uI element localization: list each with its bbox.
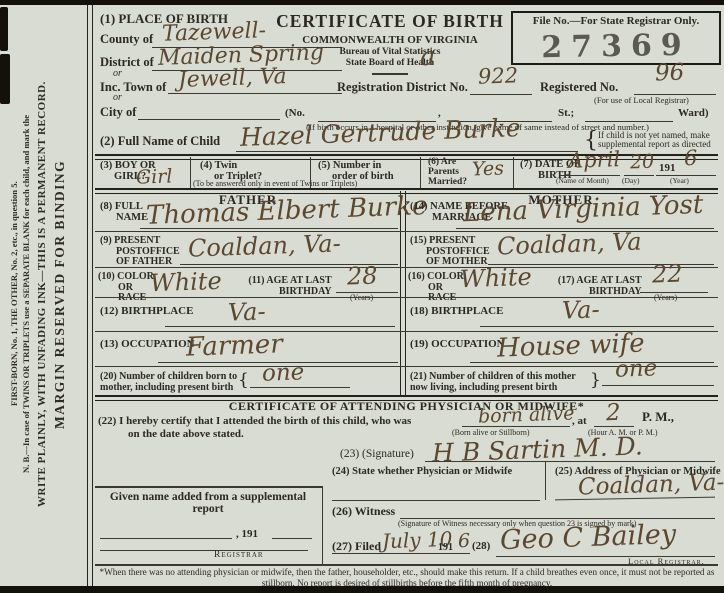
rule (332, 500, 540, 501)
registrar-label: Registrar (214, 551, 264, 561)
mother-age-value: 22 (652, 261, 683, 286)
rule (425, 461, 715, 462)
father-postoffice-value: Coaldan, Va- (188, 231, 341, 260)
certificate-title: CERTIFICATE OF BIRTH (245, 12, 535, 30)
local-registrar-signature: Geo C Bailey (500, 521, 677, 554)
pm-label: P. M., (642, 410, 674, 424)
year-note: (Year) (670, 177, 689, 185)
month-note: (Name of Month) (556, 177, 609, 185)
rule (462, 426, 570, 427)
father-birthplace-label: (12) BIRTHPLACE (100, 306, 193, 318)
mother-postoffice-value: Coaldan, Va (497, 229, 642, 258)
children-living-label: (21) Number of children of this mother n… (410, 372, 576, 393)
child-name-handwritten-value: Hazel Gertrude Burke (240, 115, 521, 150)
mother-maiden-name-value: Lena Virginia Yost (463, 192, 704, 226)
cell-divider (513, 157, 514, 188)
children-living-brace: } (590, 372, 601, 390)
margin-divider-rule (87, 5, 93, 586)
binding-mark (0, 7, 8, 51)
file-number-stamp: 27369 (513, 27, 720, 66)
mother-postoffice-label: (15) PRESENT POSTOFFICE OF MOTHER (410, 236, 490, 268)
commonwealth-subtitle: COMMONWEALTH OF VIRGINIA (245, 35, 535, 47)
stray-handwritten-mark: a (420, 44, 436, 71)
father-age-value: 28 (347, 263, 378, 288)
registration-district-value: 922 (478, 65, 519, 87)
mother-age-years-note: (Years) (654, 294, 677, 302)
margin-note-twins-1: N. B.—In case of TWINS OR TRIPLETS use a… (21, 4, 34, 584)
rule (168, 93, 342, 94)
q28-label: (28) (472, 541, 490, 553)
rule (140, 228, 398, 229)
registration-district-label: Registration District No. (337, 81, 468, 94)
father-full-name-value: Thomas Elbert Burke (146, 193, 428, 229)
rule (470, 94, 532, 95)
street-st-label: St.; (558, 108, 574, 120)
rule (372, 73, 408, 75)
footnote: *When there was no attending physician o… (95, 567, 719, 588)
footnote-rule (95, 564, 718, 566)
registered-no-value: 96 (655, 61, 685, 85)
rule (602, 385, 714, 386)
children-born-brace: { (238, 372, 249, 390)
margin-note-twins-2: FIRST-BORN, No. 1, THE OTHER, No. 2, etc… (9, 4, 21, 584)
street-ward-label: Ward) (678, 108, 709, 120)
father-occupation-value: Farmer (186, 331, 284, 360)
street-no-label: (No. (285, 108, 305, 120)
cell-divider (545, 462, 546, 500)
cell-divider (190, 157, 191, 188)
birth-order-label: (5) Number in order of birth (318, 160, 394, 182)
cell-divider (310, 157, 311, 188)
inc-town-handwritten-value: Jewell, Va (178, 66, 287, 92)
mother-birthplace-value: Va- (562, 297, 600, 322)
or-label: or (113, 93, 122, 104)
certify-statement-line2: on the date above stated. (128, 429, 244, 441)
file-number-label: File No.—For State Registrar Only. (513, 16, 719, 28)
mother-occupation-label: (19) OCCUPATION (410, 339, 505, 351)
birth-day-value: 20 (630, 153, 655, 173)
parents-married-label: (6) Are Parents Married? (428, 158, 467, 188)
boy-or-girl-value: Girl (136, 167, 173, 187)
margin-note-permanent-record: WRITE PLAINLY, WITH UNFADING INK—THIS IS… (36, 4, 53, 584)
county-label: County of (100, 33, 153, 46)
cell-divider (420, 157, 421, 188)
rule (594, 426, 634, 427)
year-printed-prefix: 191 (659, 163, 676, 175)
rule (100, 538, 232, 539)
rule (480, 326, 714, 327)
father-birthplace-value: Va- (228, 299, 266, 324)
mother-race-value: White (460, 265, 532, 291)
section-rule (95, 154, 718, 160)
child-name-label: (2) Full Name of Child (100, 135, 220, 148)
rule (236, 151, 578, 152)
father-occupation-label: (13) OCCUPATION (100, 339, 195, 351)
filed-year-printed: 191 (438, 543, 453, 554)
rule (138, 119, 280, 120)
or-label: or (113, 69, 122, 80)
rule (470, 362, 714, 363)
children-living-value: one (615, 357, 658, 381)
rule (165, 326, 395, 327)
file-number-box: File No.—For State Registrar Only. 27369 (511, 11, 721, 65)
witness-label: (26) Witness (332, 505, 395, 518)
city-label: City of (100, 106, 136, 119)
father-race-value: White (150, 269, 222, 295)
father-race-label: (10) COLOR OR RACE (98, 272, 154, 304)
inc-town-label: Inc. Town of (100, 81, 166, 94)
signature-label: (23) (Signature) (340, 448, 414, 460)
birth-year-digit: 6 (684, 148, 698, 169)
father-age-label: (11) AGE AT LAST BIRTHDAY (243, 276, 332, 297)
rule (250, 387, 350, 388)
registered-no-label: Registered No. (540, 81, 618, 94)
certify-statement: (22) I hereby certify that I attended th… (98, 416, 411, 428)
physician-or-midwife-label: (24) State whether Physician or Midwife (332, 466, 512, 477)
mother-age-label: (17) AGE AT LAST BIRTHDAY (553, 276, 642, 297)
at-label: , at (572, 416, 587, 428)
birth-certificate-document: MARGIN RESERVED FOR BINDING WRITE PLAINL… (0, 0, 724, 593)
mother-birthplace-label: (18) BIRTHPLACE (410, 306, 503, 318)
supplemental-year-printed: , 191 (236, 529, 258, 541)
hour-value: 2 (606, 402, 621, 425)
page-edge-top (0, 0, 724, 5)
margin-note-binding: MARGIN RESERVED FOR BINDING (52, 4, 74, 584)
mother-race-label: (16) COLOR OR RACE (408, 272, 464, 304)
father-age-years-note: (Years) (350, 294, 373, 302)
day-note: (Day) (622, 177, 640, 185)
district-label: District of (100, 56, 154, 69)
filed-label: (27) Filed (332, 540, 381, 553)
bureau-subtitle: Bureau of Vital Statistics (245, 48, 535, 58)
physician-section-header: CERTIFICATE OF ATTENDING PHYSICIAN OR MI… (95, 400, 718, 413)
father-postoffice-label: (9) PRESENT POSTOFFICE OF FATHER (100, 236, 180, 268)
rule (272, 538, 312, 539)
father-full-name-label: (8) FULL NAME (100, 201, 148, 223)
row-divider (95, 297, 718, 298)
supplemental-label: Given name added from a supplemental rep… (100, 491, 316, 515)
children-born-label: (20) Number of children born to mother, … (100, 372, 237, 393)
born-alive-value: born alive (478, 404, 575, 426)
supplemental-box-right (322, 486, 323, 564)
parents-married-value: Yes (472, 159, 505, 179)
supplemental-box-top (95, 486, 322, 488)
physician-address-value: Coaldan, Va- (578, 471, 724, 499)
registered-no-note: (For use of Local Registrar) (594, 96, 689, 105)
children-born-value: one (262, 361, 305, 385)
rule (332, 553, 470, 554)
birth-month-value: April (568, 149, 621, 172)
filed-year-digit: 6 (458, 532, 471, 551)
rule (100, 550, 308, 551)
